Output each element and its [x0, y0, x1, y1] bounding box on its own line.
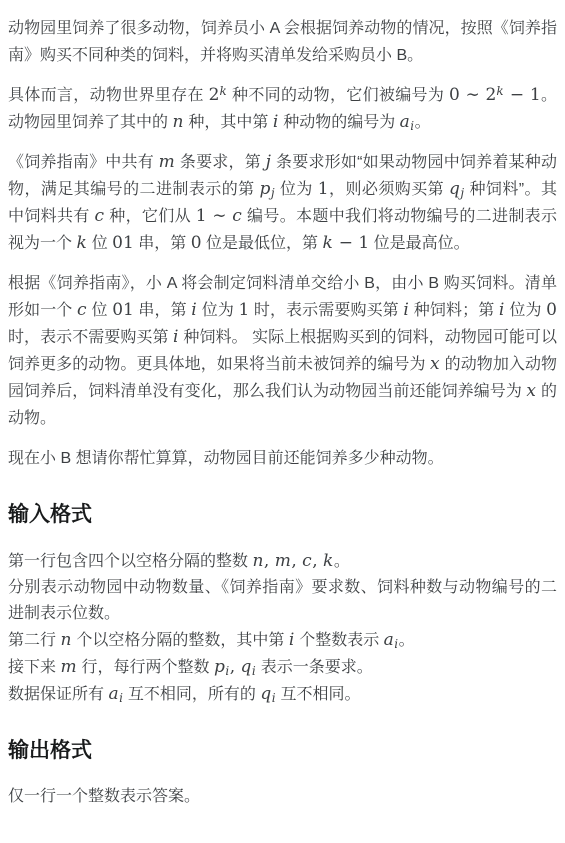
inline-math: 1 ∼ c — [196, 206, 243, 226]
inline-math: k − 1 — [322, 233, 369, 253]
inline-math: i — [289, 630, 295, 650]
inline-math: 01 — [112, 233, 134, 253]
inline-math: m — [159, 152, 176, 172]
input-format-body: 第一行包含四个以空格分隔的整数 n, m, c, k。 分别表示动物园中动物数量… — [8, 548, 557, 708]
inline-math: k — [76, 233, 87, 253]
input-format-heading: 输入格式 — [8, 502, 557, 528]
statement-paragraph: 动物园里饲养了很多动物，饲养员小 A 会根据饲养动物的情况，按照《饲养指南》购买… — [8, 15, 557, 69]
inline-math: ai — [384, 630, 399, 650]
input-format-line: 第二行 n 个以空格分隔的整数，其中第 i 个整数表示 ai。 — [8, 627, 557, 654]
inline-math: i — [191, 300, 197, 320]
inline-math: qj — [449, 179, 465, 199]
input-format-line: 第一行包含四个以空格分隔的整数 n, m, c, k。 — [8, 548, 557, 575]
statement-paragraph: 现在小 B 想请你帮忙算算，动物园目前还能饲养多少种动物。 — [8, 445, 557, 472]
inline-math: 0 ∼ 2k − 1 — [449, 85, 541, 105]
inline-math: j — [266, 152, 272, 172]
statement-paragraph: 具体而言，动物世界里存在 2k 种不同的动物，它们被编号为 0 ∼ 2k − 1… — [8, 82, 557, 136]
inline-math: i — [273, 112, 279, 132]
inline-math: i — [403, 300, 409, 320]
inline-math: qi — [260, 684, 276, 704]
input-format-line: 接下来 m 行，每行两个整数 pi, qi 表示一条要求。 — [8, 654, 557, 681]
inline-math: 0 — [191, 233, 202, 253]
statement-paragraph: 根据《饲养指南》，小 A 将会制定饲料清单交给小 B，由小 B 购买饲料。清单形… — [8, 270, 557, 432]
input-format-line: 分别表示动物园中动物数量、《饲养指南》要求数、饲料种数与动物编号的二进制表示位数… — [8, 575, 557, 627]
output-format-line: 仅一行一个整数表示答案。 — [8, 784, 557, 810]
inline-math: i — [499, 300, 505, 320]
inline-math: 2k — [209, 85, 228, 105]
inline-math: 1 — [318, 179, 329, 199]
inline-math: c — [77, 300, 87, 320]
inline-math: n — [172, 112, 183, 132]
input-format-line: 数据保证所有 ai 互不相同，所有的 qi 互不相同。 — [8, 681, 557, 708]
input-format-section: 输入格式 第一行包含四个以空格分隔的整数 n, m, c, k。 分别表示动物园… — [8, 502, 557, 708]
inline-math: pj — [259, 179, 275, 199]
inline-math: 1 — [238, 300, 249, 320]
inline-math: x — [526, 381, 536, 401]
inline-math: pi, qi — [214, 657, 256, 677]
problem-description-section: 动物园里饲养了很多动物，饲养员小 A 会根据饲养动物的情况，按照《饲养指南》购买… — [8, 15, 557, 472]
output-format-section: 输出格式 仅一行一个整数表示答案。 — [8, 738, 557, 810]
inline-math: 01 — [112, 300, 134, 320]
inline-math: ai — [400, 112, 415, 132]
inline-math: x — [430, 354, 440, 374]
output-format-heading: 输出格式 — [8, 738, 557, 764]
inline-math: 0 — [546, 300, 557, 320]
inline-math: ai — [108, 684, 123, 704]
inline-math: n, m, c, k — [252, 551, 333, 571]
statement-paragraph: 《饲养指南》中共有 m 条要求，第 j 条要求形如“如果动物园中饲养着某种动物，… — [8, 149, 557, 257]
inline-math: c — [94, 206, 104, 226]
problem-statement-page: 动物园里饲养了很多动物，饲养员小 A 会根据饲养动物的情况，按照《饲养指南》购买… — [0, 0, 565, 843]
inline-math: m — [60, 657, 77, 677]
inline-math: n — [60, 630, 71, 650]
output-format-body: 仅一行一个整数表示答案。 — [8, 784, 557, 810]
inline-math: i — [173, 327, 179, 347]
